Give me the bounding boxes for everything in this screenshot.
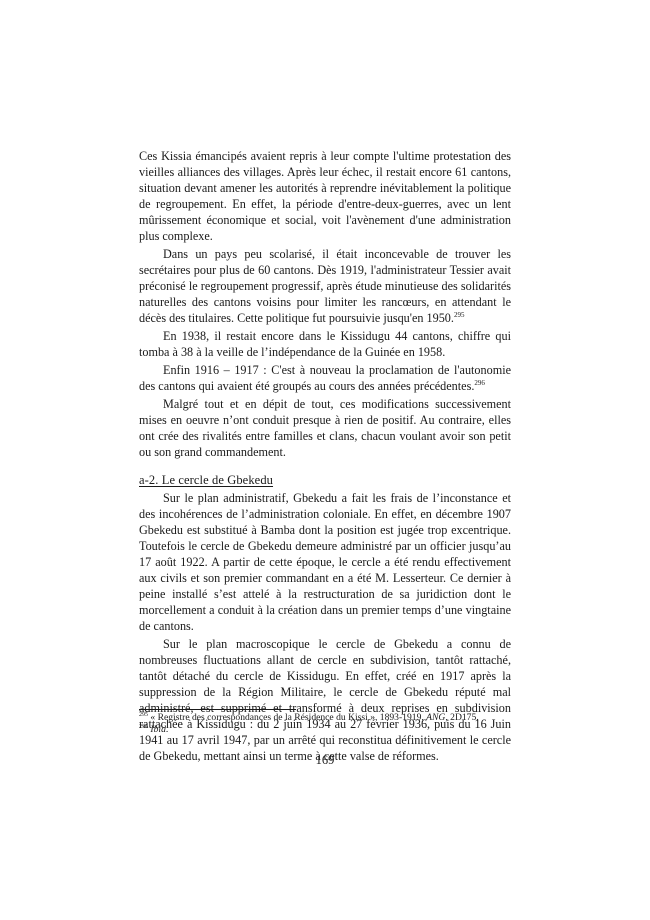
footnote-text: , 2D175. bbox=[445, 712, 478, 723]
page-body: Ces Kissia émancipés avaient repris à le… bbox=[139, 148, 511, 764]
footnote-text: . bbox=[166, 724, 168, 735]
page-number: 169 bbox=[0, 753, 650, 768]
paragraph: Dans un pays peu scolarisé, il était inc… bbox=[139, 246, 511, 326]
paragraph-text: Sur le plan administratif, Gbekedu a fai… bbox=[139, 491, 511, 633]
footnote-ref[interactable]: 295 bbox=[454, 311, 465, 319]
paragraph: En 1938, il restait encore dans le Kissi… bbox=[139, 328, 511, 360]
paragraph-text: Enfin 1916 – 1917 : C'est à nouveau la p… bbox=[139, 363, 511, 393]
footnote-ref[interactable]: 296 bbox=[474, 379, 485, 387]
section-heading: a-2. Le cercle de Gbekedu bbox=[139, 472, 511, 488]
paragraph-text: Malgré tout et en dépit de tout, ces mod… bbox=[139, 397, 511, 459]
footnote-number: 296 bbox=[139, 724, 148, 730]
footnote-text: « Registre des correspondances de la Rés… bbox=[150, 712, 426, 723]
paragraph-text: En 1938, il restait encore dans le Kissi… bbox=[139, 329, 511, 359]
paragraph: Sur le plan administratif, Gbekedu a fai… bbox=[139, 490, 511, 634]
paragraph: Malgré tout et en dépit de tout, ces mod… bbox=[139, 396, 511, 460]
footnote-divider bbox=[139, 709, 296, 710]
footnote: 296 Ibid. bbox=[139, 724, 511, 736]
footnote-italic: Ibid bbox=[150, 724, 165, 735]
footnote: 295 « Registre des correspondances de la… bbox=[139, 712, 511, 724]
footnote-number: 295 bbox=[139, 712, 148, 718]
paragraph: Enfin 1916 – 1917 : C'est à nouveau la p… bbox=[139, 362, 511, 394]
footnote-italic: ANG bbox=[426, 712, 445, 723]
paragraph: Ces Kissia émancipés avaient repris à le… bbox=[139, 148, 511, 244]
footnotes: 295 « Registre des correspondances de la… bbox=[139, 712, 511, 736]
paragraph-text: Sur le plan macroscopique le cercle de G… bbox=[139, 637, 511, 763]
paragraph: Sur le plan macroscopique le cercle de G… bbox=[139, 636, 511, 764]
paragraph-text: Ces Kissia émancipés avaient repris à le… bbox=[139, 149, 511, 243]
